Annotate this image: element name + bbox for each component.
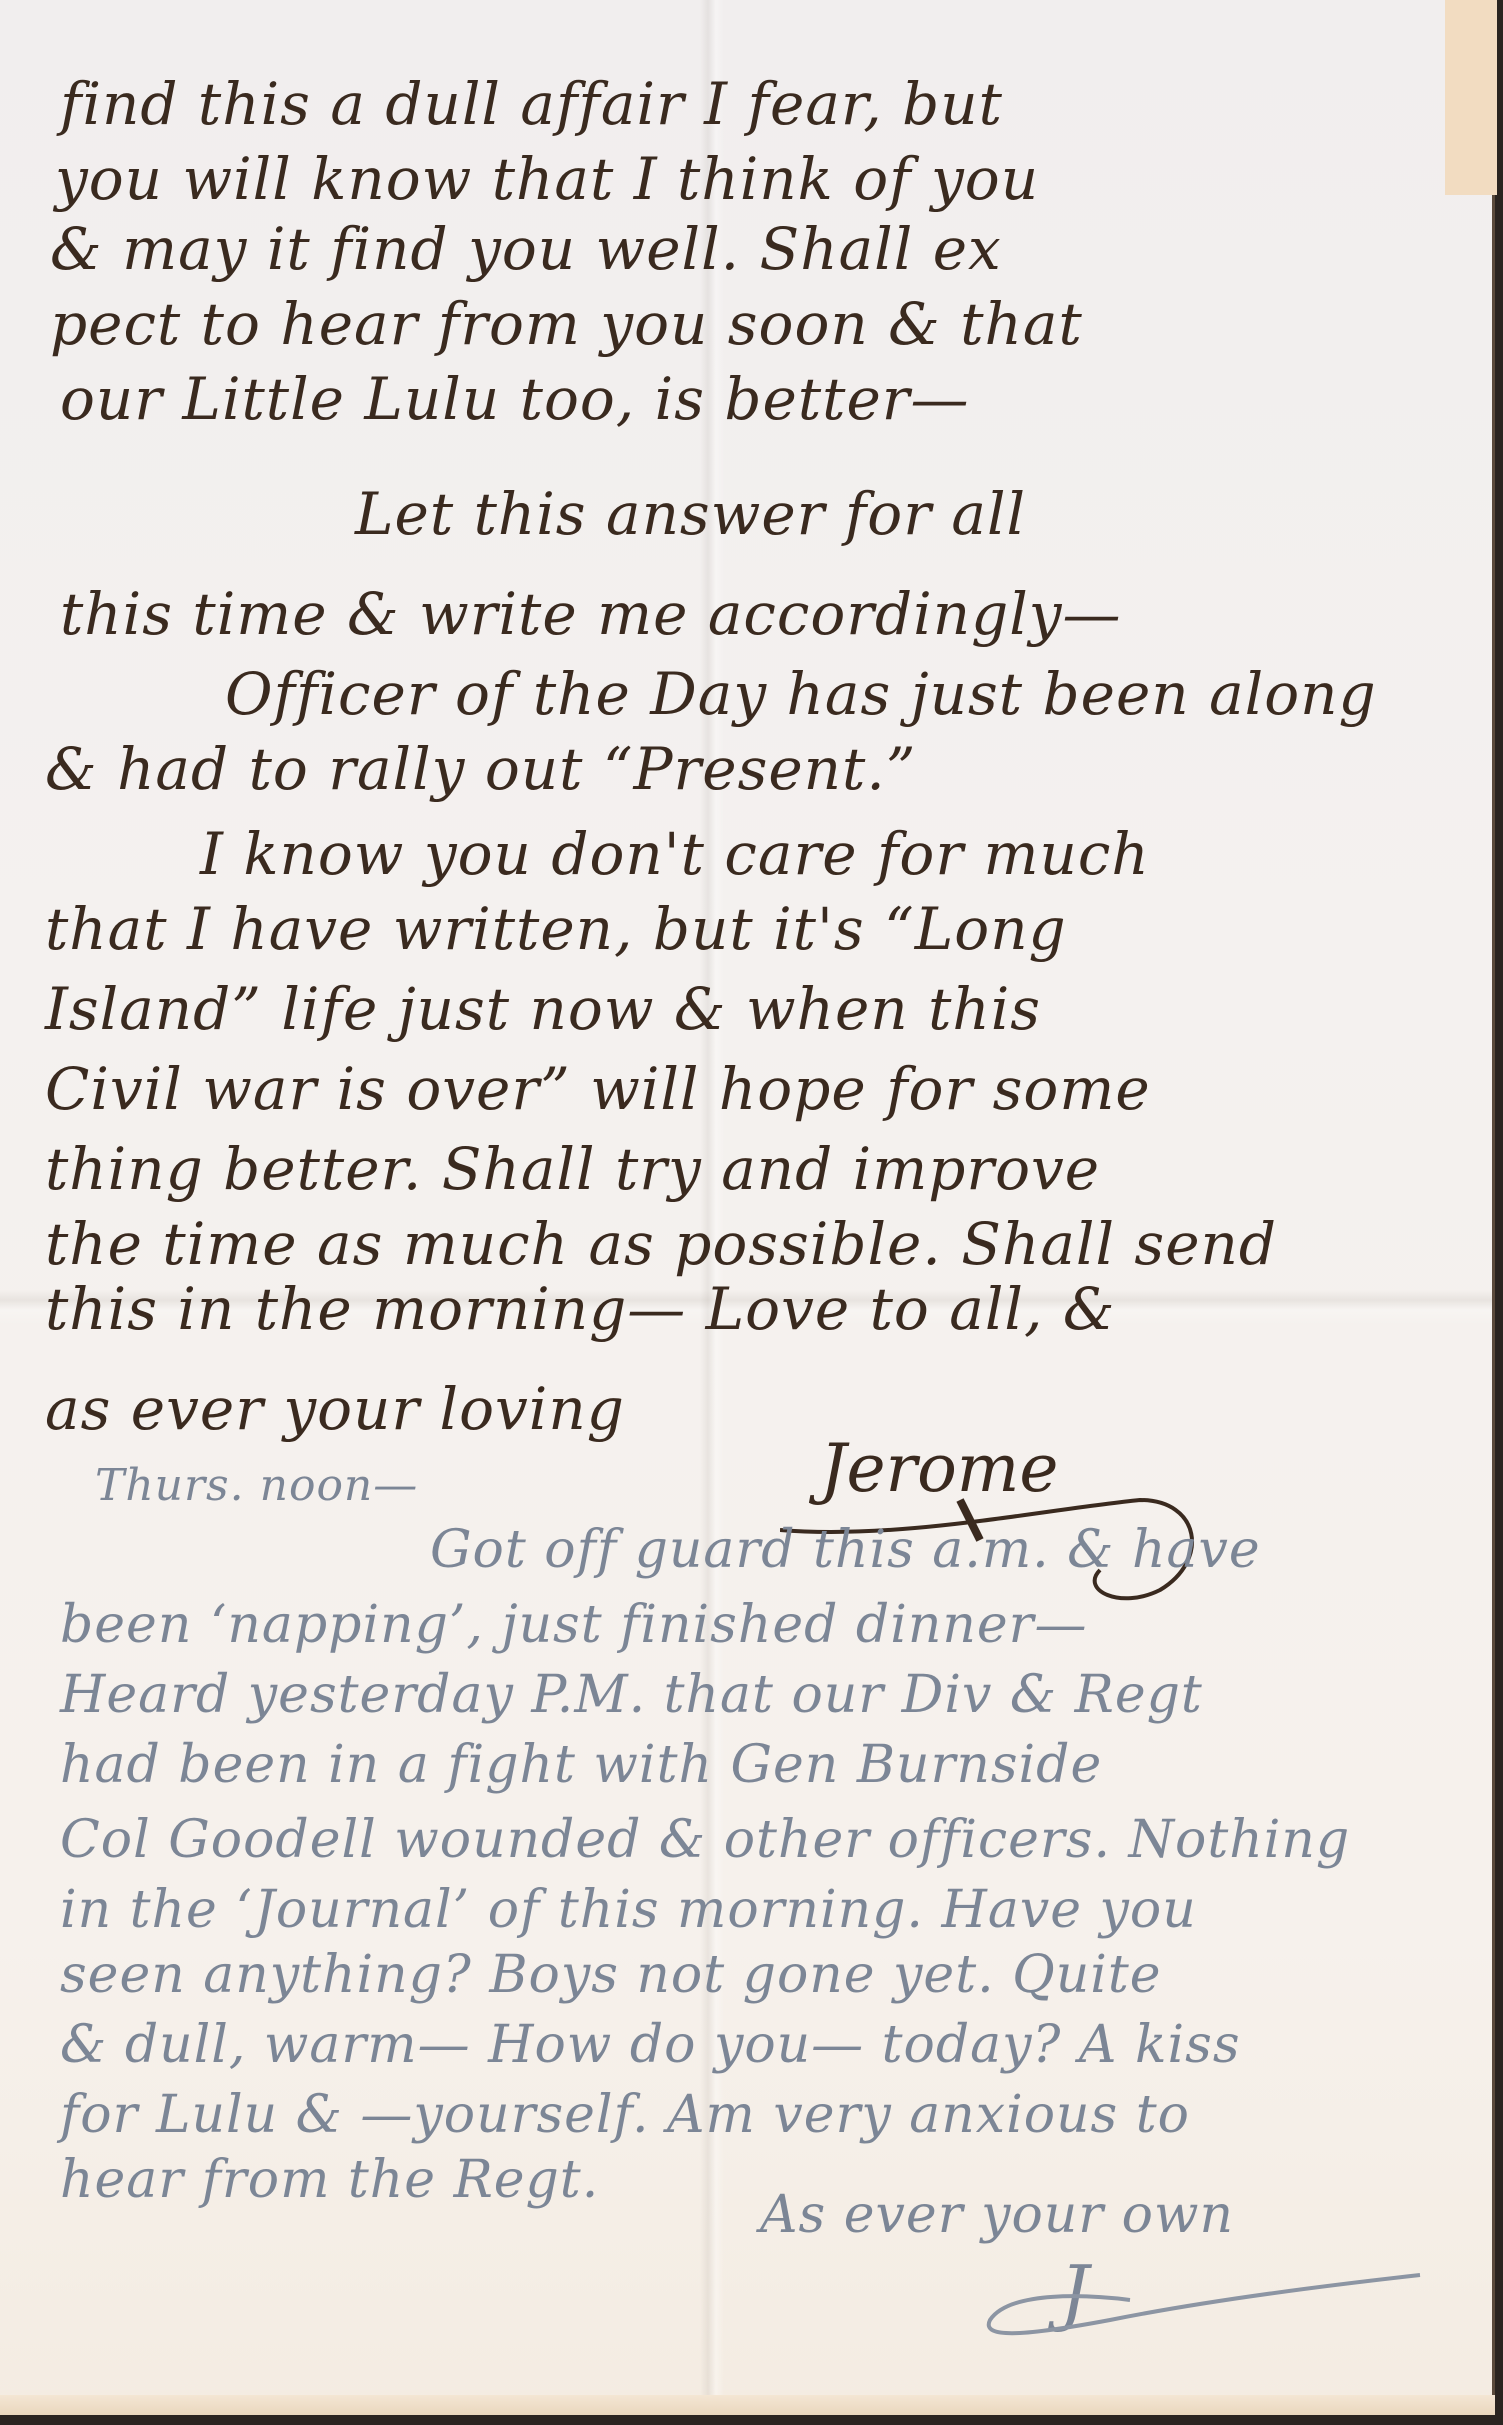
pencil-heading: Thurs. noon—	[95, 1460, 418, 1511]
ink-line: this in the morning— Love to all, &	[45, 1275, 1115, 1343]
ink-line: our Little Lulu too, is better—	[60, 365, 970, 433]
letter-page: find this a dull affair I fear, but you …	[0, 0, 1495, 2415]
ink-line: Let this answer for all	[355, 480, 1026, 548]
pencil-line: Got off guard this a.m. & have	[430, 1520, 1261, 1580]
pencil-line: Heard yesterday P.M. that our Div & Regt	[60, 1665, 1203, 1725]
pencil-line: in the ‘Journal’ of this morning. Have y…	[60, 1880, 1197, 1940]
ink-line: as ever your loving	[45, 1375, 625, 1443]
pencil-line: hear from the Regt.	[60, 2150, 599, 2210]
ink-line: thing better. Shall try and improve	[45, 1135, 1100, 1203]
ink-line: Officer of the Day has just been along	[225, 660, 1377, 728]
paper-stain	[1445, 0, 1497, 195]
ink-line: that I have written, but it's “Long	[45, 895, 1067, 963]
pencil-line: for Lulu & —yourself. Am very anxious to	[60, 2085, 1190, 2145]
pencil-line: seen anything? Boys not gone yet. Quite	[60, 1945, 1162, 2005]
pencil-closing: As ever your own	[760, 2185, 1234, 2245]
paper-edge	[0, 2395, 1495, 2415]
ink-line: Island” life just now & when this	[45, 975, 1041, 1043]
pencil-line: Col Goodell wounded & other officers. No…	[60, 1810, 1350, 1870]
ink-line: this time & write me accordingly—	[60, 580, 1122, 648]
ink-line: & may it find you well. Shall ex	[50, 215, 1002, 283]
ink-line: Civil war is over” will hope for some	[45, 1055, 1151, 1123]
ink-line: I know you don't care for much	[200, 820, 1150, 888]
ink-line: & had to rally out “Present.”	[45, 735, 916, 803]
ink-line: the time as much as possible. Shall send	[45, 1210, 1277, 1278]
pencil-signature-flourish-icon	[950, 2270, 1430, 2350]
ink-line: you will know that I think of you	[55, 145, 1039, 213]
ink-line: find this a dull affair I fear, but	[60, 70, 1003, 138]
pencil-line: been ‘napping’, just finished dinner—	[60, 1595, 1087, 1655]
pencil-line: had been in a fight with Gen Burnside	[60, 1735, 1102, 1795]
ink-line: pect to hear from you soon & that	[50, 290, 1083, 358]
pencil-line: & dull, warm— How do you— today? A kiss	[60, 2015, 1241, 2075]
